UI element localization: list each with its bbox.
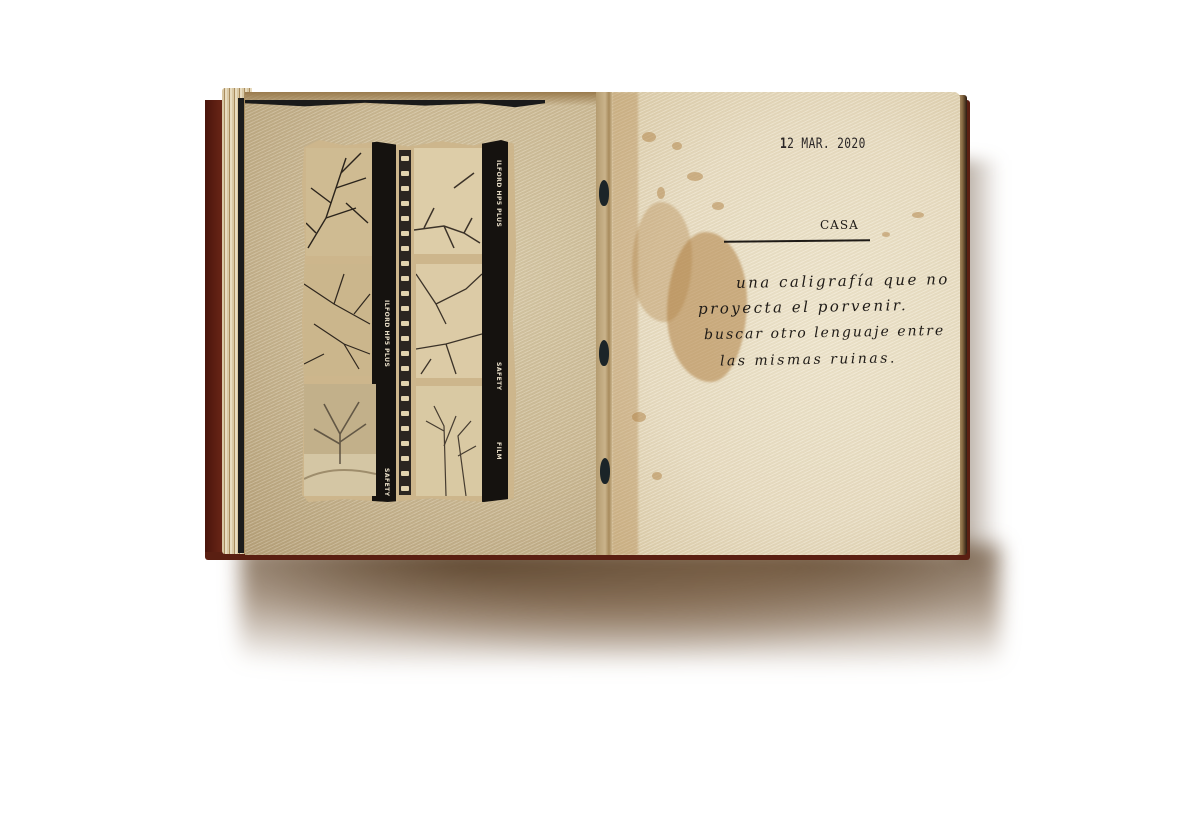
handwritten-line-1: una caligrafía que no bbox=[736, 270, 950, 292]
misty-tree-icon bbox=[304, 384, 376, 496]
film-frame-2-1 bbox=[414, 148, 482, 254]
film-sprocket-holes bbox=[399, 150, 411, 495]
water-stain bbox=[632, 202, 692, 322]
film-frame-2-3 bbox=[416, 386, 482, 496]
film-frame-1-1 bbox=[306, 148, 372, 256]
film-edge-label-3: ILFORD HP5 PLUS bbox=[495, 160, 502, 227]
stitch-2-icon bbox=[599, 340, 609, 366]
tree-branches-icon bbox=[304, 264, 372, 376]
handwritten-line-2: proyecta el porvenir. bbox=[698, 296, 908, 318]
torn-black-edge bbox=[245, 100, 545, 108]
sketchbook-scene: ILFORD HP5 PLUS SAFETY ILFORD HP5 PLUS S… bbox=[0, 0, 1200, 827]
branch-icon bbox=[414, 148, 482, 254]
bare-trees-icon bbox=[416, 386, 482, 496]
film-frame-2-2 bbox=[416, 264, 482, 378]
film-edge-label-2: SAFETY bbox=[383, 468, 390, 497]
gutter-stain bbox=[612, 92, 638, 555]
film-frame-1-3 bbox=[304, 384, 376, 496]
date-stamp-prefix: 1 bbox=[780, 136, 787, 152]
date-stamp-text: 2 MAR. 2020 bbox=[787, 136, 866, 152]
stitch-3-icon bbox=[600, 458, 610, 484]
stitch-1-icon bbox=[599, 180, 609, 206]
film-contact-print: ILFORD HP5 PLUS SAFETY ILFORD HP5 PLUS S… bbox=[302, 140, 516, 502]
book-shadow bbox=[240, 545, 1000, 665]
handwritten-line-4: las mismas ruinas. bbox=[720, 350, 897, 369]
film-edge-label-4: SAFETY bbox=[495, 362, 502, 391]
left-black-endpaper bbox=[238, 98, 244, 553]
entry-title: CASA bbox=[820, 218, 859, 232]
tree-branches-icon bbox=[306, 148, 372, 256]
film-frame-1-2 bbox=[304, 264, 372, 376]
film-edge-label-1: ILFORD HP5 PLUS bbox=[383, 300, 390, 367]
branch-icon bbox=[416, 264, 482, 378]
film-edge-label-5: FILM bbox=[495, 442, 502, 460]
date-stamp: 12 MAR. 2020 bbox=[780, 136, 866, 152]
cover-spine-edge bbox=[205, 100, 223, 552]
